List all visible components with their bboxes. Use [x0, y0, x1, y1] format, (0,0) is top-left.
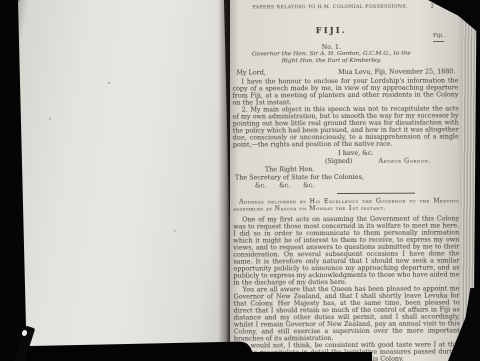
- salutation: My Lord,: [236, 69, 266, 77]
- running-header: PAPERS RELATING TO H.M. COLONIAL POSSESS…: [252, 4, 407, 11]
- address-paragraph-1: One of my first acts on assuming the Gov…: [233, 216, 459, 287]
- page-speck: [18, 0, 20, 2]
- addressee-line-3: &c. &c. &c.: [255, 181, 459, 190]
- letter-paragraph-1: I have the honour to enclose for your Lo…: [232, 78, 458, 107]
- page-title: FIJI.: [232, 25, 458, 36]
- left-page-blank: [18, 0, 233, 354]
- right-page: Fiji. PAPERS RELATING TO H.M. COLONIAL P…: [230, 0, 464, 361]
- letter-heading-line2: Right Hon. the Earl of Kimberley.: [232, 57, 458, 65]
- signed-label: (Signed): [325, 157, 353, 165]
- book-scan: Fiji. PAPERS RELATING TO H.M. COLONIAL P…: [0, 0, 480, 361]
- address-heading: Address delivered by His Excellency the …: [233, 198, 459, 213]
- running-header-row: PAPERS RELATING TO H.M. COLONIAL POSSESS…: [232, 3, 458, 11]
- page-content: PAPERS RELATING TO H.M. COLONIAL POSSESS…: [232, 0, 460, 361]
- page-number: 2: [430, 4, 434, 10]
- signature: Arthur Gordon.: [378, 157, 431, 165]
- letter-paragraph-2: 2. My main object in this speech was not…: [233, 106, 459, 149]
- dateline: Mua Levu, Fiji, November 25, 1880.: [338, 68, 455, 77]
- address-paragraph-2: You are all aware that the Queen has bee…: [234, 286, 460, 343]
- section-divider-rule: [337, 193, 415, 194]
- bottom-edge-shadow: [0, 352, 372, 361]
- signature-row: (Signed) Arthur Gordon.: [233, 157, 459, 166]
- salutation-row: My Lord, Mua Levu, Fiji, November 25, 18…: [232, 68, 458, 77]
